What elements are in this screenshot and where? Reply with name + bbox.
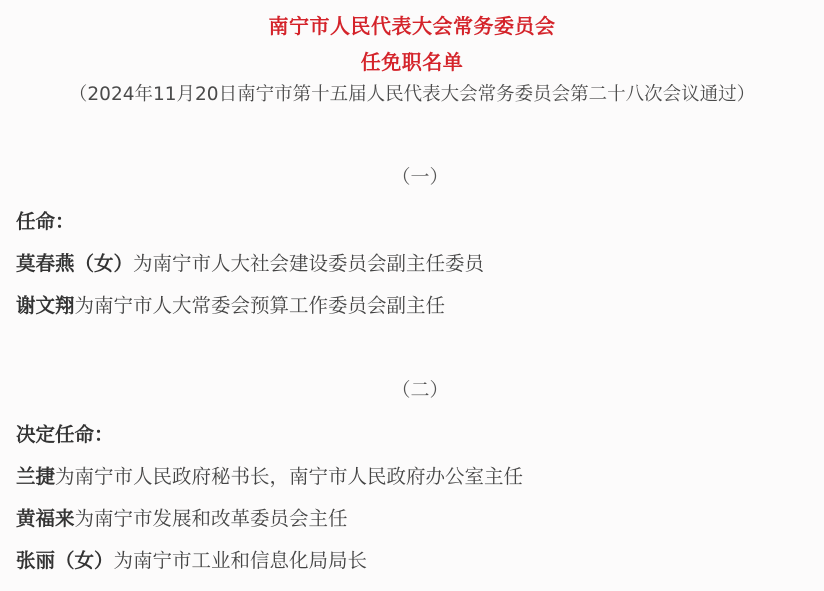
appointment-entry: 黄福来为南宁市发展和改革委员会主任 bbox=[16, 503, 348, 531]
appointment-entry: 兰捷为南宁市人民政府秘书长，南宁市人民政府办公室主任 bbox=[16, 461, 523, 489]
section-heading-1: 任命： bbox=[16, 206, 75, 234]
appointment-entry: 张丽（女）为南宁市工业和信息化局局长 bbox=[16, 545, 367, 573]
appointment-entry: 谢文翔为南宁市人大常委会预算工作委员会副主任 bbox=[16, 290, 445, 318]
document-subtitle-title: 任免职名单 bbox=[0, 46, 824, 75]
appointee-position: 为南宁市人大常委会预算工作委员会副主任 bbox=[75, 294, 446, 317]
appointee-position: 为南宁市人民政府秘书长，南宁市人民政府办公室主任 bbox=[55, 465, 523, 488]
appointee-name: 兰捷 bbox=[16, 465, 55, 488]
section-number-2: （二） bbox=[0, 375, 824, 402]
meeting-note: （2024年11月20日南宁市第十五届人民代表大会常务委员会第二十八次会议通过） bbox=[0, 80, 824, 106]
appointee-name: 莫春燕（女） bbox=[16, 252, 133, 275]
appointee-name: 张丽（女） bbox=[16, 549, 114, 572]
appointee-name: 黄福来 bbox=[16, 507, 75, 530]
appointee-name: 谢文翔 bbox=[16, 294, 75, 317]
appointee-position: 为南宁市发展和改革委员会主任 bbox=[75, 507, 348, 530]
appointment-entry: 莫春燕（女）为南宁市人大社会建设委员会副主任委员 bbox=[16, 248, 484, 276]
section-number-1: （一） bbox=[0, 162, 824, 189]
appointee-position: 为南宁市人大社会建设委员会副主任委员 bbox=[133, 252, 484, 275]
appointee-position: 为南宁市工业和信息化局局长 bbox=[114, 549, 368, 572]
document-title: 南宁市人民代表大会常务委员会 bbox=[0, 10, 824, 39]
section-heading-2: 决定任命： bbox=[16, 419, 114, 447]
